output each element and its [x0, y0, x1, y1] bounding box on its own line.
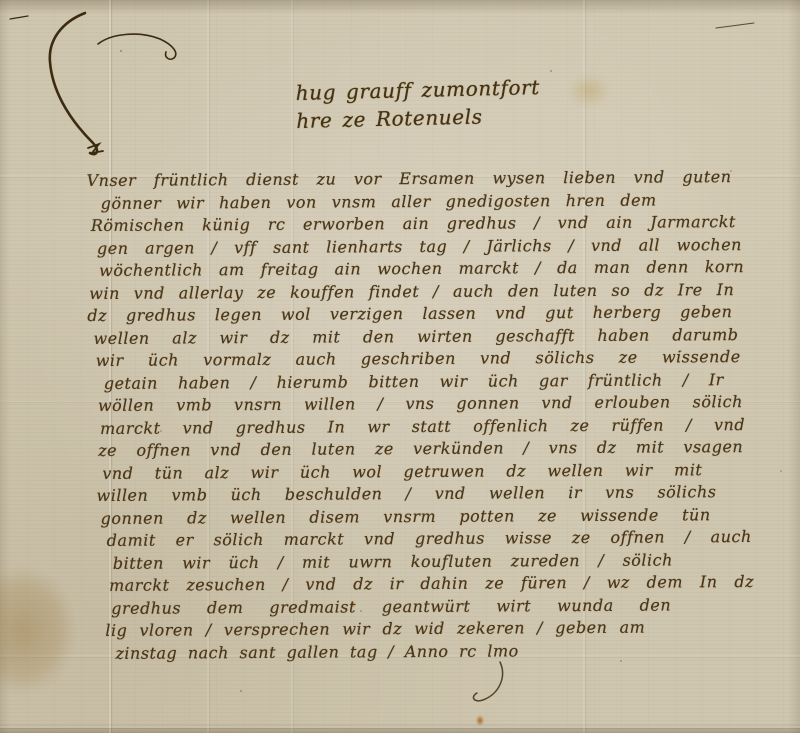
heading-line-2: hre ze Rotenuels [296, 101, 541, 135]
body-line: willen vmb üch beschulden / vnd wellen … [96, 481, 716, 507]
ink-spot [475, 714, 485, 727]
body-line: dz gredhus legen wol verzigen lassen vnd… [87, 301, 732, 327]
body-line: wöllen vmb vnsrn willen / vns gonnen vn… [98, 391, 743, 417]
body-line: Vnser früntlich dienst zu vor Ersamen w… [86, 166, 731, 192]
body-line: zinstag nach sant gallen tag / Anno rc l… [115, 640, 545, 665]
letter-body: Vnser früntlich dienst zu vor Ersamen w… [86, 166, 749, 665]
body-line: wöchentlich am freitag ain wochen marck… [99, 256, 744, 282]
body-line: Römischen künig rc erworben ain gredhu… [91, 211, 736, 237]
body-line: marckt zesuchen / vnd dz ir dahin ze fü… [109, 571, 754, 597]
body-line: damit er sölich marckt vnd gredhus wiss… [107, 526, 752, 552]
letter-heading: hug grauff zumontfort hre ze Rotenuels [295, 73, 541, 135]
heading-line-1: hug grauff zumontfort [295, 73, 540, 107]
body-line: lig vloren / versprechen wir dz wid zeke… [105, 617, 645, 643]
fold-crease-horizontal [0, 726, 800, 728]
manuscript-scan: hug grauff zumontfort hre ze Rotenuels V… [0, 0, 800, 733]
body-line: wir üch vormalz auch geschriben vnd sö… [96, 346, 741, 372]
yellow-stain [562, 70, 616, 112]
body-line: ze offnen vnd den luten ze verkünden / … [98, 436, 743, 462]
paper-specks [120, 50, 122, 52]
